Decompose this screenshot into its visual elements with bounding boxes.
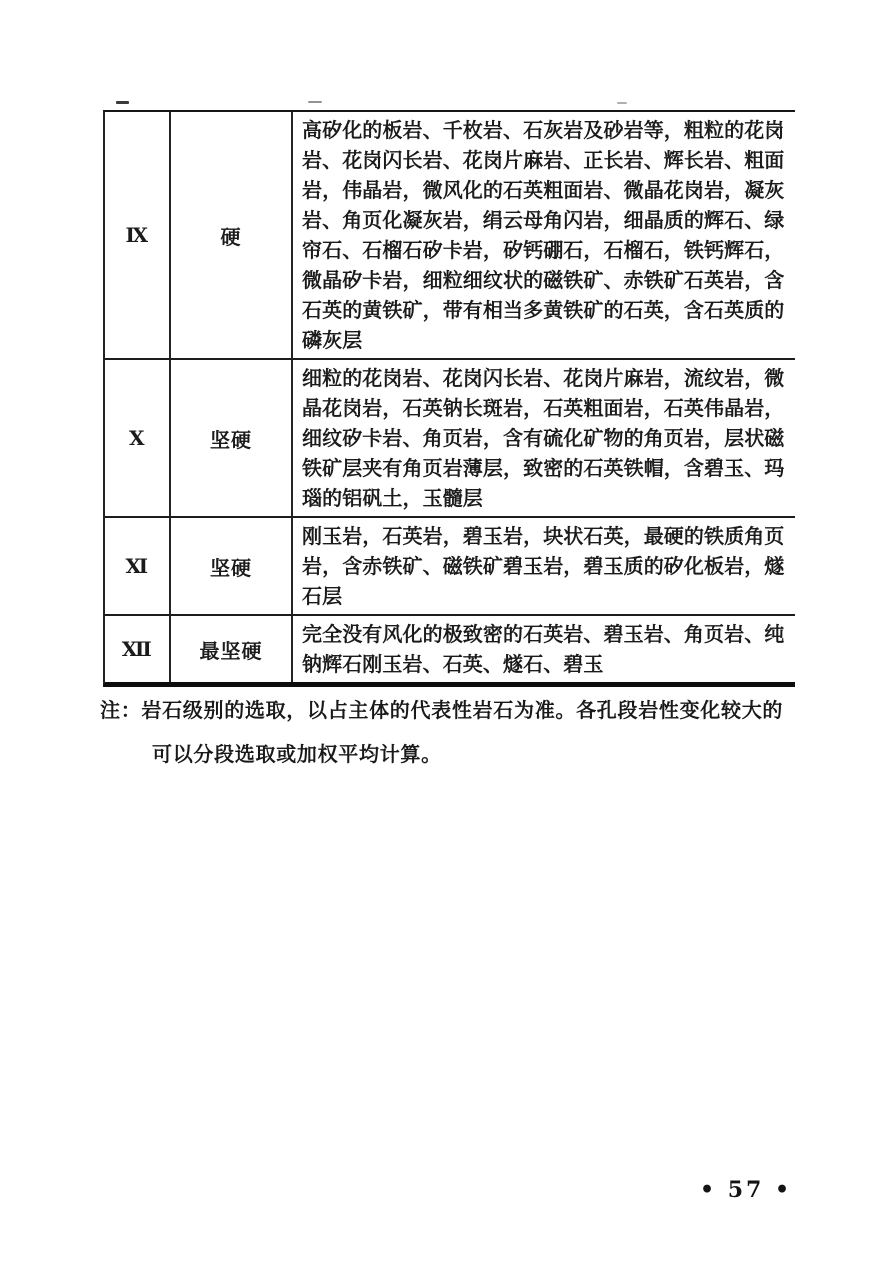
grade-cell: Ⅺ: [105, 518, 171, 614]
rock-hardness-table: Ⅸ 硬 高矽化的板岩、千枚岩、石灰岩及砂岩等，粗粒的花岗 岩、花岗闪长岩、花岗片…: [103, 110, 795, 687]
rock-description-cell: 刚玉岩，石英岩，碧玉岩，块状石英，最硬的铁质角页 岩，含赤铁矿、磁铁矿碧玉岩，碧…: [293, 518, 795, 614]
page-number: • 57 •: [700, 1177, 784, 1203]
grade-cell: Ⅻ: [105, 616, 171, 682]
hardness-cell: 最坚硬: [171, 616, 293, 682]
scan-artifact: [308, 101, 322, 103]
table-note-line2: 可以分段选取或加权平均计算。: [152, 738, 442, 767]
grade-cell: Ⅹ: [105, 360, 171, 516]
rock-description-cell: 细粒的花岗岩、花岗闪长岩、花岗片麻岩，流纹岩，微 晶花岗岩，石英钠长斑岩，石英粗…: [293, 360, 795, 516]
note-label: 注：: [100, 698, 141, 722]
note-text: 岩石级别的选取，以占主体的代表性岩石为准。各孔段岩性变化较大的: [141, 698, 783, 722]
document-page: Ⅸ 硬 高矽化的板岩、千枚岩、石灰岩及砂岩等，粗粒的花岗 岩、花岗闪长岩、花岗片…: [0, 0, 876, 1276]
grade-cell: Ⅸ: [105, 112, 171, 358]
rock-description-cell: 完全没有风化的极致密的石英岩、碧玉岩、角页岩、纯 钠辉石刚玉岩、石英、燧石、碧玉: [293, 616, 795, 682]
hardness-cell: 硬: [171, 112, 293, 358]
table-row-grade-ix: Ⅸ 硬 高矽化的板岩、千枚岩、石灰岩及砂岩等，粗粒的花岗 岩、花岗闪长岩、花岗片…: [105, 112, 795, 360]
rock-description-cell: 高矽化的板岩、千枚岩、石灰岩及砂岩等，粗粒的花岗 岩、花岗闪长岩、花岗片麻岩、正…: [293, 112, 795, 358]
scan-artifact: [116, 101, 129, 104]
scan-artifact: [617, 102, 627, 104]
table-row-grade-xi: Ⅺ 坚硬 刚玉岩，石英岩，碧玉岩，块状石英，最硬的铁质角页 岩，含赤铁矿、磁铁矿…: [105, 518, 795, 616]
table-row-grade-xii: Ⅻ 最坚硬 完全没有风化的极致密的石英岩、碧玉岩、角页岩、纯 钠辉石刚玉岩、石英…: [105, 616, 795, 682]
hardness-cell: 坚硬: [171, 518, 293, 614]
table-note-line1: 注：岩石级别的选取，以占主体的代表性岩石为准。各孔段岩性变化较大的: [100, 694, 783, 723]
hardness-cell: 坚硬: [171, 360, 293, 516]
table-row-grade-x: Ⅹ 坚硬 细粒的花岗岩、花岗闪长岩、花岗片麻岩，流纹岩，微 晶花岗岩，石英钠长斑…: [105, 360, 795, 518]
